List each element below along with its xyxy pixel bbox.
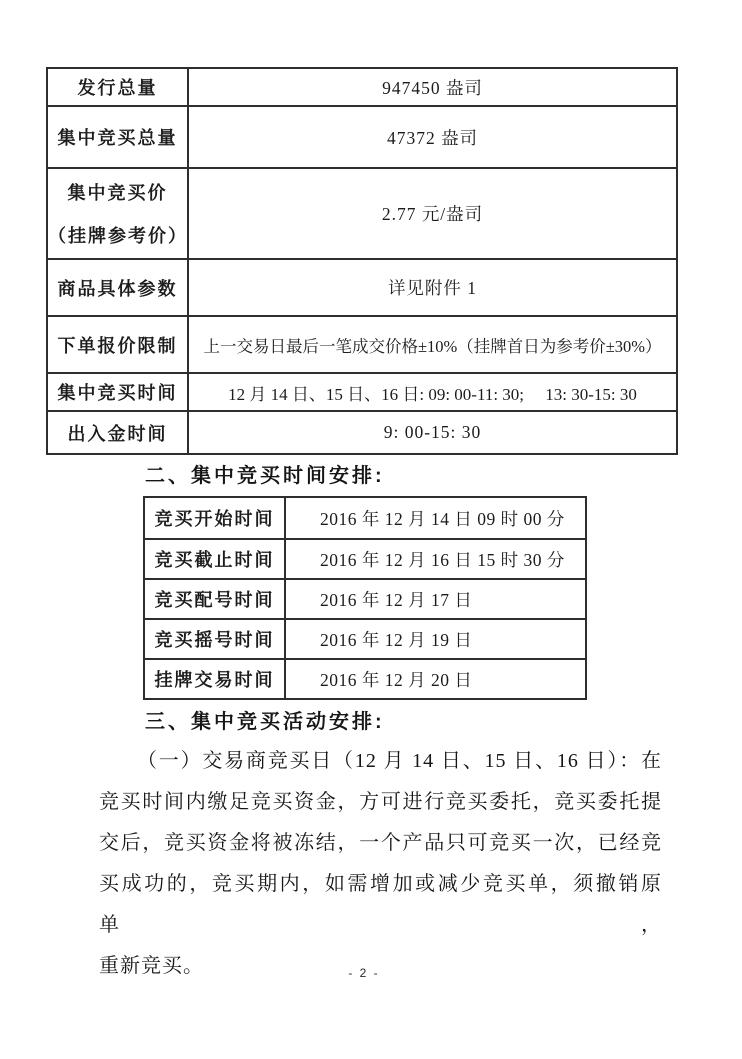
row-label: 竞买配号时间	[145, 580, 286, 618]
table-row: 竞买配号时间 2016 年 12 月 17 日	[145, 578, 585, 618]
row-value: 详见附件 1	[189, 260, 676, 315]
row-value: 47372 盎司	[189, 107, 676, 167]
body-paragraph: （一）交易商竞买日（12 月 14 日、15 日、16 日）：在 竞买时间内缴足…	[99, 741, 662, 987]
row-value: 9: 00-15: 30	[189, 412, 676, 453]
row-label: 出入金时间	[48, 412, 189, 453]
table-row: 竞买开始时间 2016 年 12 月 14 日 09 时 00 分	[145, 498, 585, 538]
paragraph-line: （一）交易商竞买日（12 月 14 日、15 日、16 日）：在	[99, 741, 662, 782]
row-value: 2016 年 12 月 14 日 09 时 00 分	[286, 498, 585, 538]
row-label-line1: 集中竞买价	[68, 179, 168, 205]
row-value: 12 月 14 日、15 日、16 日: 09: 00-11: 30; 13: …	[189, 374, 676, 410]
document-page: 发行总量 947450 盎司 集中竞买总量 47372 盎司 集中竞买价 （挂牌…	[0, 0, 742, 1059]
paragraph-line: 交后，竞买资金将被冻结，一个产品只可竞买一次，已经竞	[99, 823, 662, 864]
row-label: 发行总量	[48, 69, 189, 105]
table-row: 集中竞买时间 12 月 14 日、15 日、16 日: 09: 00-11: 3…	[48, 372, 676, 410]
table-row: 竞买摇号时间 2016 年 12 月 19 日	[145, 618, 585, 658]
table-row: 出入金时间 9: 00-15: 30	[48, 410, 676, 453]
row-label: 下单报价限制	[48, 317, 189, 372]
table-row: 集中竞买总量 47372 盎司	[48, 105, 676, 167]
row-label: 挂牌交易时间	[145, 660, 286, 698]
row-value: 947450 盎司	[189, 69, 676, 105]
table-row: 竞买截止时间 2016 年 12 月 16 日 15 时 30 分	[145, 538, 585, 578]
row-label: 竞买截止时间	[145, 540, 286, 578]
row-value: 上一交易日最后一笔成交价格±10%（挂牌首日为参考价±30%）	[189, 317, 676, 372]
table-row: 集中竞买价 （挂牌参考价） 2.77 元/盎司	[48, 167, 676, 258]
paragraph-line: 买成功的，竞买期内，如需增加或减少竞买单，须撤销原单，	[99, 864, 662, 946]
row-label: 商品具体参数	[48, 260, 189, 315]
table-row: 发行总量 947450 盎司	[48, 69, 676, 105]
row-value: 2016 年 12 月 20 日	[286, 660, 585, 698]
table-row: 商品具体参数 详见附件 1	[48, 258, 676, 315]
row-value: 2.77 元/盎司	[189, 169, 676, 258]
table-row: 挂牌交易时间 2016 年 12 月 20 日	[145, 658, 585, 698]
row-value: 2016 年 12 月 19 日	[286, 620, 585, 658]
page-number: - 2 -	[0, 966, 728, 980]
row-label: 集中竞买时间	[48, 374, 189, 410]
product-info-table: 发行总量 947450 盎司 集中竞买总量 47372 盎司 集中竞买价 （挂牌…	[46, 67, 678, 455]
row-label: 集中竞买总量	[48, 107, 189, 167]
row-label: 集中竞买价 （挂牌参考价）	[48, 169, 189, 258]
section-heading-time-arrangement: 二、集中竞买时间安排:	[145, 459, 385, 488]
section-heading-activity-arrangement: 三、集中竞买活动安排:	[145, 705, 385, 734]
row-label: 竞买开始时间	[145, 498, 286, 538]
row-label: 竞买摇号时间	[145, 620, 286, 658]
row-label-line2: （挂牌参考价）	[48, 222, 187, 248]
row-value: 2016 年 12 月 17 日	[286, 580, 585, 618]
paragraph-line: 竞买时间内缴足竞买资金，方可进行竞买委托，竞买委托提	[99, 782, 662, 823]
schedule-table: 竞买开始时间 2016 年 12 月 14 日 09 时 00 分 竞买截止时间…	[143, 496, 587, 700]
table-row: 下单报价限制 上一交易日最后一笔成交价格±10%（挂牌首日为参考价±30%）	[48, 315, 676, 372]
row-value: 2016 年 12 月 16 日 15 时 30 分	[286, 540, 585, 578]
